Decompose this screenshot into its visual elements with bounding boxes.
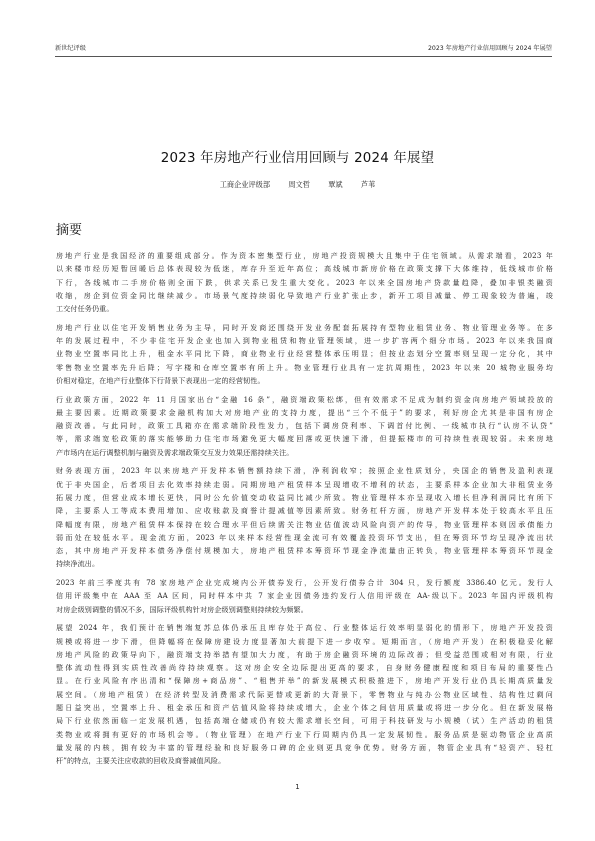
paragraph-line: 以来楼市经历短暂回暖后总体表现较为低迷，库存升至近年高位；高线城市新房价格在政策… — [56, 262, 553, 275]
paragraph-line: 整体流动性得到实质性改善尚待持续观察。这对房企安全边际提出更高的要求，自身财务健… — [56, 661, 553, 674]
paragraph-line: 下行，各线城市二手房价格则全面下跌，供求关系已发生重大变化。2023 年以来全国… — [56, 276, 553, 289]
paragraph-line: 规模或将进一步下滑，但降幅将在保障房建设力度显著加大前提下进一步收窄。短期而言，… — [56, 635, 553, 648]
paragraph-line: 优于非央国企，后者项目去化效率持续走弱。同期房地产租赁样本呈现增收不增利的状态，… — [56, 478, 553, 491]
running-header: 新世纪评级 2023 年房地产行业信用回顾与 2024 年展望 — [55, 42, 552, 57]
paragraph-line: 展空间。（房地产租赁）在经济转型及消费需求代际更替或更新的大背景下，零售物业与纯… — [56, 688, 553, 701]
author-line: 工商企业评级部 周文哲 覃斌 芦苇 — [0, 180, 595, 190]
paragraph-line: 展望 2024 年，我们预计在销售端复苏总体仍承压且库存处于高位、行业整体运行效… — [56, 621, 553, 634]
author-name: 周文哲 — [288, 180, 310, 189]
paragraph-line: 类物业或将拥有更好的市场机会等。（物业管理）在地产行业下行周期内仍具一定发展韧性… — [56, 728, 553, 741]
paragraph-line: 态，其中房地产开发样本债务净偿付规模加大，房地产租赁样本筹资环节现金净流量由正转… — [56, 544, 553, 557]
paragraph-line: 价相对稳定，在地产行业整体下行背景下表现出一定的经营韧性。 — [56, 374, 553, 387]
section-heading-abstract: 摘要 — [56, 219, 82, 238]
author-name: 芦苇 — [361, 180, 375, 189]
paragraph-line: 量发展的内核，拥有较为丰富的管理经验和良好服务口碑的企业则更具竞争优势。财务方面… — [56, 741, 553, 754]
paragraph: 2023 年前三季度共有 78 家房地产企业完成境内公开债券发行，公开发行债券合… — [56, 576, 553, 616]
paragraph-line: 业物业空置率同比上升，租金水平同比下降，商业物业行业经营整体承压明显；但按业态划… — [56, 347, 553, 360]
paragraph-line: 信用评级集中在 AAA 至 AA 区间，同时样本中共 7 家企业因债务违约发行人… — [56, 589, 553, 602]
abstract-body: 房地产行业是我国经济的重要组成部分。作为资本密集型行业，房地产投资规模大且集中于… — [56, 249, 553, 773]
paragraph: 房地产行业是我国经济的重要组成部分。作为资本密集型行业，房地产投资规模大且集中于… — [56, 249, 553, 315]
paragraph-line: 题日益突出，空置率上升、租金承压和资产估值风险将持续或增大，企业个体之间信用质量… — [56, 701, 553, 714]
paragraph-line: 房地产风险的政策导向下，融资端支持举措有望加大力度，有助于房企融资环境的边际改善… — [56, 648, 553, 661]
paragraph: 房地产行业以住宅开发销售业务为主导，同时开发商还围绕开发业务配套拓展持有型物业租… — [56, 321, 553, 387]
page-number: 1 — [0, 783, 595, 791]
paragraph-line: 2023 年前三季度共有 78 家房地产企业完成境内公开债券发行，公开发行债券合… — [56, 576, 553, 589]
paragraph-line: 行业政策方面，2022 年 11 月国家出台“金融 16 条”，融资端政策松绑，… — [56, 393, 553, 406]
paragraph-line: 融资改善。与此同时，政策工具箱亦在需求端阶段性发力，包括下调房贷利率、下调首付比… — [56, 419, 553, 432]
paragraph-line: 持续净流出。 — [56, 557, 553, 570]
paragraph-line: 收缩，房企到位资金同比继续减少。市场景气度持续弱化导致地产行业扩张止步，新开工项… — [56, 289, 553, 302]
document-title: 2023 年房地产行业信用回顾与 2024 年展望 — [0, 147, 595, 166]
paragraph: 展望 2024 年，我们预计在销售端复苏总体仍承压且库存处于高位、行业整体运行效… — [56, 621, 553, 767]
header-org-name: 新世纪评级 — [55, 43, 86, 52]
paragraph-line: 最主要因素。近期政策要求金融机构加大对房地产业的支持力度，提出“三个不低于”的要… — [56, 406, 553, 419]
paragraph: 行业政策方面，2022 年 11 月国家出台“金融 16 条”，融资端政策松绑，… — [56, 393, 553, 459]
author-name: 覃斌 — [328, 180, 342, 189]
header-report-title: 2023 年房地产行业信用回顾与 2024 年展望 — [428, 43, 552, 52]
paragraph-line: 财务表现方面，2023 年以来房地产开发样本销售额持续下滑，净利润收窄；按照企业… — [56, 464, 553, 477]
paragraph-line: 拓展力度，但营业成本增长更快，同时公允价值变动收益同比减少所致。物业管理样本亦呈… — [56, 491, 553, 504]
paragraph-line: 房地产行业是我国经济的重要组成部分。作为资本密集型行业，房地产投资规模大且集中于… — [56, 249, 553, 262]
paragraph-line: 产市场内在运行调整机制与融资及需求端政策交互发力效果还需持续关注。 — [56, 446, 553, 459]
paragraph-line: 降，主要系人工等成本费用增加、应收账款及商誉计提减值等因素所致。财务杠杆方面，房… — [56, 504, 553, 517]
paragraph-line: 等，需求端宽松政策的落实能够助力住宅市场避免更大幅度回落或更快速下滑，但提振楼市… — [56, 432, 553, 445]
paragraph: 财务表现方面，2023 年以来房地产开发样本销售额持续下滑，净利润收窄；按照企业… — [56, 464, 553, 570]
paragraph-line: 显。在行业风险有序出清和“保障房+商品房”、“租售并举”的新发展模式积极推进下，… — [56, 674, 553, 687]
paragraph-line: 杆”的特点，主要关注应收款的回收及商誉减值风险。 — [56, 754, 553, 767]
paragraph-line: 对房企级别调整的情况不多，国际评级机构针对房企级别调整则持续较为频繁。 — [56, 603, 553, 616]
paragraph-line: 年的发展过程中，不少非住宅开发企业也加入到物业租赁和物业管理领域，进一步扩容两个… — [56, 334, 553, 347]
paragraph-line: 降幅度有限，房地产租赁样本保持在较合理水平但后续需关注物业估值波动风险向资产的传… — [56, 518, 553, 531]
author-department: 工商企业评级部 — [220, 180, 270, 189]
paragraph-line: 工交付任务仍重。 — [56, 302, 553, 315]
paragraph-line: 弱而处在较低水平。现金流方面，2023 年以来样本经营性现金流可有效覆盖投资环节… — [56, 531, 553, 544]
paragraph-line: 局下行业依然面临一定发展机遇，包括高端仓储或仍有较大需求增长空间，可用于科技研发… — [56, 714, 553, 727]
paragraph-line: 零售物业空置率先升后降；写字楼和仓库空置率有所上升。物业管理行业具有一定抗周期性… — [56, 361, 553, 374]
paragraph-line: 房地产行业以住宅开发销售业务为主导，同时开发商还围绕开发业务配套拓展持有型物业租… — [56, 321, 553, 334]
